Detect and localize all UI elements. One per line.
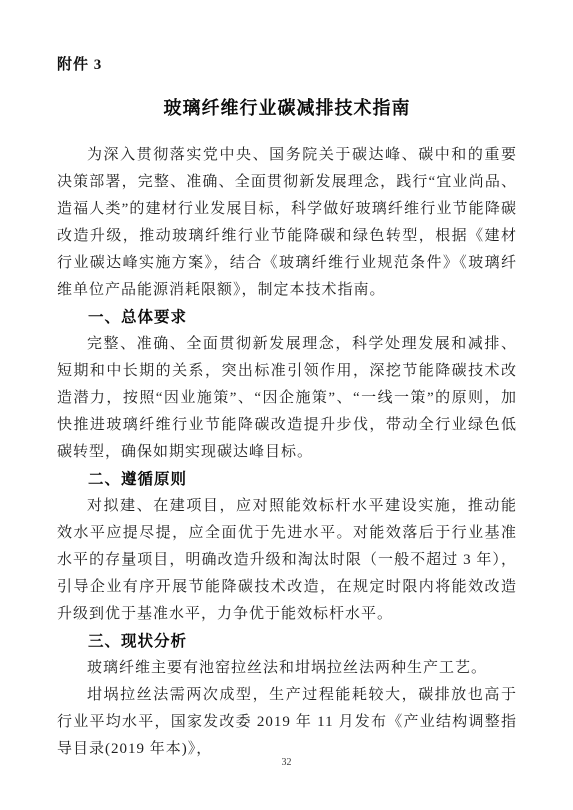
- section-3-paragraph-1: 玻璃纤维主要有池窑拉丝法和坩埚拉丝法两种生产工艺。: [57, 655, 517, 682]
- page-number: 32: [0, 757, 573, 768]
- intro-paragraph: 为深入贯彻落实党中央、国务院关于碳达峰、碳中和的重要决策部署，完整、准确、全面贯…: [57, 142, 517, 304]
- document-page: 附件 3 玻璃纤维行业碳减排技术指南 为深入贯彻落实党中央、国务院关于碳达峰、碳…: [0, 0, 573, 810]
- attachment-label: 附件 3: [57, 55, 517, 75]
- document-body: 为深入贯彻落实党中央、国务院关于碳达峰、碳中和的重要决策部署，完整、准确、全面贯…: [57, 142, 517, 763]
- section-1-paragraph: 完整、准确、全面贯彻新发展理念，科学处理发展和减排、短期和中长期的关系，突出标准…: [57, 331, 517, 466]
- section-1-heading: 一、总体要求: [57, 304, 517, 331]
- document-title: 玻璃纤维行业碳减排技术指南: [57, 96, 517, 120]
- section-2-heading: 二、遵循原则: [57, 466, 517, 493]
- section-3-heading: 三、现状分析: [57, 628, 517, 655]
- section-2-paragraph: 对拟建、在建项目，应对照能效标杆水平建设实施，推动能效水平应提尽提，应全面优于先…: [57, 493, 517, 628]
- section-3-paragraph-2: 坩埚拉丝法需两次成型，生产过程能耗较大，碳排放也高于行业平均水平，国家发改委 2…: [57, 682, 517, 763]
